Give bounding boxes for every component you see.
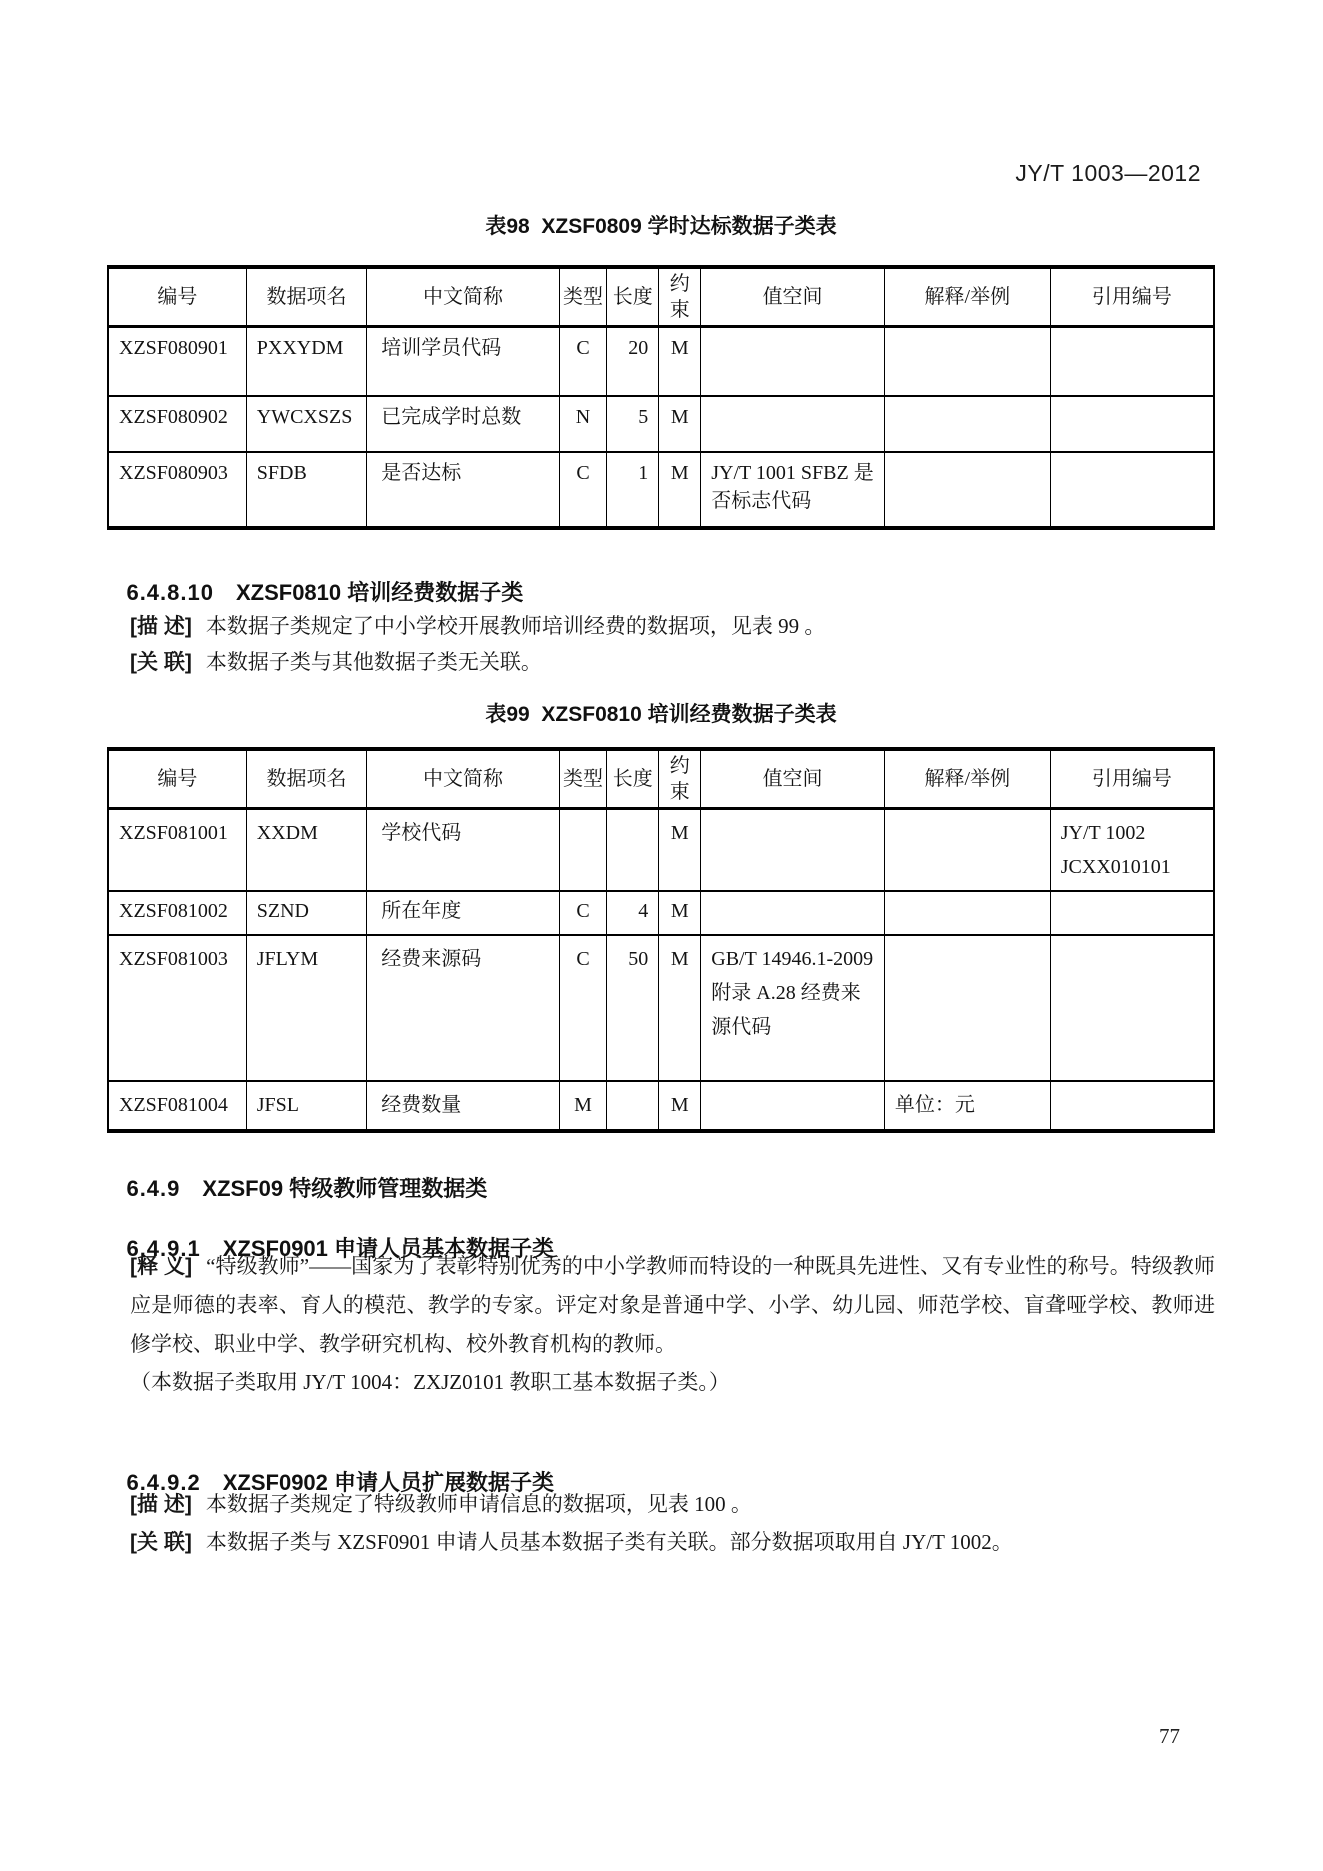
cell-value-space: JY/T 1001 SFBZ 是否标志代码: [701, 452, 885, 528]
cell-length: [607, 1081, 659, 1131]
cell-id: XZSF081001: [108, 809, 246, 892]
cell-value-space: GB/T 14946.1-2009 附录 A.28 经费来源代码: [701, 935, 885, 1081]
cell-ref: [1050, 1081, 1214, 1131]
cell-value-space: [701, 396, 885, 452]
section-number: 6.4.9: [126, 1176, 180, 1202]
table-header-row: 编号 数据项名 中文简称 类型 长度 约束 值空间 解释/举例 引用编号: [108, 267, 1214, 327]
cell-item: JFSL: [246, 1081, 367, 1131]
cell-length: [607, 809, 659, 892]
desc-label: [描 述]: [130, 615, 192, 638]
cell-explain: 单位：元: [884, 1081, 1050, 1131]
desc-text: 本数据子类规定了中小学校开展教师培训经费的数据项，见表 99 。: [206, 614, 826, 638]
column-header-constraint: 约束: [659, 749, 701, 809]
relation-paragraph: [关 联]本数据子类与 XZSF0901 申请人员基本数据子类有关联。部分数据项…: [130, 1527, 1215, 1558]
column-header-cn: 中文简称: [367, 267, 559, 327]
cell-cn: 已完成学时总数: [367, 396, 559, 452]
cell-length: 4: [607, 891, 659, 935]
source-note: （本数据子类取用 JY/T 1004：ZXJZ0101 教职工基本数据子类。）: [130, 1367, 1215, 1397]
cell-item: SZND: [246, 891, 367, 935]
cell-constraint: M: [659, 1081, 701, 1131]
cell-constraint: M: [659, 809, 701, 892]
table-row: XZSF080902 YWCXSZS 已完成学时总数 N 5 M: [108, 396, 1214, 452]
description-paragraph: [描 述]本数据子类规定了中小学校开展教师培训经费的数据项，见表 99 。: [130, 611, 1215, 642]
cell-id: XZSF081004: [108, 1081, 246, 1131]
column-header-ref: 引用编号: [1050, 267, 1214, 327]
cell-constraint: M: [659, 327, 701, 396]
table-98-title: 表98 XZSF0809 学时达标数据子类表: [107, 210, 1215, 240]
cell-value-space: [701, 1081, 885, 1131]
cell-cn: 是否达标: [367, 452, 559, 528]
cell-constraint: M: [659, 452, 701, 528]
cell-type: C: [559, 327, 607, 396]
section-title: XZSF09 特级教师管理数据类: [202, 1176, 487, 1201]
section-title: XZSF0810 培训经费数据子类: [236, 580, 523, 605]
cell-length: 20: [607, 327, 659, 396]
cell-cn: 所在年度: [367, 891, 559, 935]
cell-cn: 经费来源码: [367, 935, 559, 1081]
cell-id: XZSF080902: [108, 396, 246, 452]
cell-ref: [1050, 396, 1214, 452]
table-row: XZSF080903 SFDB 是否达标 C 1 M JY/T 1001 SFB…: [108, 452, 1214, 528]
cell-id: XZSF081002: [108, 891, 246, 935]
cell-value-space: [701, 327, 885, 396]
cell-item: YWCXSZS: [246, 396, 367, 452]
cell-length: 5: [607, 396, 659, 452]
table-99-title: 表99 XZSF0810 培训经费数据子类表: [107, 698, 1215, 728]
desc-label: [描 述]: [130, 1493, 192, 1516]
document-page: JY/T 1003—2012 表98 XZSF0809 学时达标数据子类表 编号…: [0, 0, 1323, 1871]
cell-explain: [884, 891, 1050, 935]
column-header-cn: 中文简称: [367, 749, 559, 809]
cell-length: 1: [607, 452, 659, 528]
cell-item: JFLYM: [246, 935, 367, 1081]
cell-value-space: [701, 809, 885, 892]
desc-text: 本数据子类规定了特级教师申请信息的数据项，见表 100 。: [206, 1492, 752, 1516]
cell-constraint: M: [659, 935, 701, 1081]
cell-explain: [884, 809, 1050, 892]
definition-paragraph: [释 义]“特级教师”——国家为了表彰特别优秀的中小学教师而特设的一种既具先进性…: [130, 1247, 1215, 1364]
column-header-id: 编号: [108, 749, 246, 809]
cell-type: M: [559, 1081, 607, 1131]
relation-label: [关 联]: [130, 651, 192, 674]
column-header-explain: 解释/举例: [884, 749, 1050, 809]
table-row: XZSF080901 PXXYDM 培训学员代码 C 20 M: [108, 327, 1214, 396]
cell-ref: JY/T 1002 JCXX010101: [1050, 809, 1214, 892]
cell-item: PXXYDM: [246, 327, 367, 396]
column-header-value-space: 值空间: [701, 267, 885, 327]
column-header-item: 数据项名: [246, 267, 367, 327]
table-98: 编号 数据项名 中文简称 类型 长度 约束 值空间 解释/举例 引用编号 XZS…: [107, 265, 1215, 530]
definition-text: “特级教师”——国家为了表彰特别优秀的中小学教师而特设的一种既具先进性、又有专业…: [130, 1254, 1215, 1356]
cell-item: XXDM: [246, 809, 367, 892]
description-paragraph: [描 述]本数据子类规定了特级教师申请信息的数据项，见表 100 。: [130, 1489, 1215, 1520]
cell-id: XZSF080903: [108, 452, 246, 528]
cell-ref: [1050, 327, 1214, 396]
cell-explain: [884, 327, 1050, 396]
cell-item: SFDB: [246, 452, 367, 528]
column-header-type: 类型: [559, 749, 607, 809]
relation-text: 本数据子类与其他数据子类无关联。: [206, 650, 542, 674]
column-header-id: 编号: [108, 267, 246, 327]
cell-type: C: [559, 935, 607, 1081]
column-header-type: 类型: [559, 267, 607, 327]
cell-id: XZSF081003: [108, 935, 246, 1081]
cell-cn: 学校代码: [367, 809, 559, 892]
cell-explain: [884, 452, 1050, 528]
table-row: XZSF081001 XXDM 学校代码 M JY/T 1002 JCXX010…: [108, 809, 1214, 892]
cell-type: N: [559, 396, 607, 452]
cell-explain: [884, 935, 1050, 1081]
table-99: 编号 数据项名 中文简称 类型 长度 约束 值空间 解释/举例 引用编号 XZS…: [107, 747, 1215, 1133]
cell-type: C: [559, 891, 607, 935]
column-header-value-space: 值空间: [701, 749, 885, 809]
cell-constraint: M: [659, 891, 701, 935]
table-row: XZSF081002 SZND 所在年度 C 4 M: [108, 891, 1214, 935]
table-row: XZSF081004 JFSL 经费数量 M M 单位：元: [108, 1081, 1214, 1131]
cell-cn: 经费数量: [367, 1081, 559, 1131]
page-number: 77: [1159, 1724, 1180, 1749]
table-row: XZSF081003 JFLYM 经费来源码 C 50 M GB/T 14946…: [108, 935, 1214, 1081]
column-header-length: 长度: [607, 267, 659, 327]
cell-cn: 培训学员代码: [367, 327, 559, 396]
definition-label: [释 义]: [130, 1255, 192, 1278]
cell-id: XZSF080901: [108, 327, 246, 396]
standard-code: JY/T 1003—2012: [1015, 160, 1201, 187]
section-number: 6.4.8.10: [126, 580, 214, 606]
cell-explain: [884, 396, 1050, 452]
cell-constraint: M: [659, 396, 701, 452]
column-header-length: 长度: [607, 749, 659, 809]
cell-type: [559, 809, 607, 892]
column-header-constraint: 约束: [659, 267, 701, 327]
cell-type: C: [559, 452, 607, 528]
column-header-item: 数据项名: [246, 749, 367, 809]
cell-ref: [1050, 891, 1214, 935]
cell-value-space: [701, 891, 885, 935]
relation-text: 本数据子类与 XZSF0901 申请人员基本数据子类有关联。部分数据项取用自 J…: [206, 1530, 1013, 1554]
cell-length: 50: [607, 935, 659, 1081]
relation-paragraph: [关 联]本数据子类与其他数据子类无关联。: [130, 647, 1215, 678]
table-header-row: 编号 数据项名 中文简称 类型 长度 约束 值空间 解释/举例 引用编号: [108, 749, 1214, 809]
column-header-explain: 解释/举例: [884, 267, 1050, 327]
cell-ref: [1050, 452, 1214, 528]
column-header-ref: 引用编号: [1050, 749, 1214, 809]
relation-label: [关 联]: [130, 1531, 192, 1554]
cell-ref: [1050, 935, 1214, 1081]
